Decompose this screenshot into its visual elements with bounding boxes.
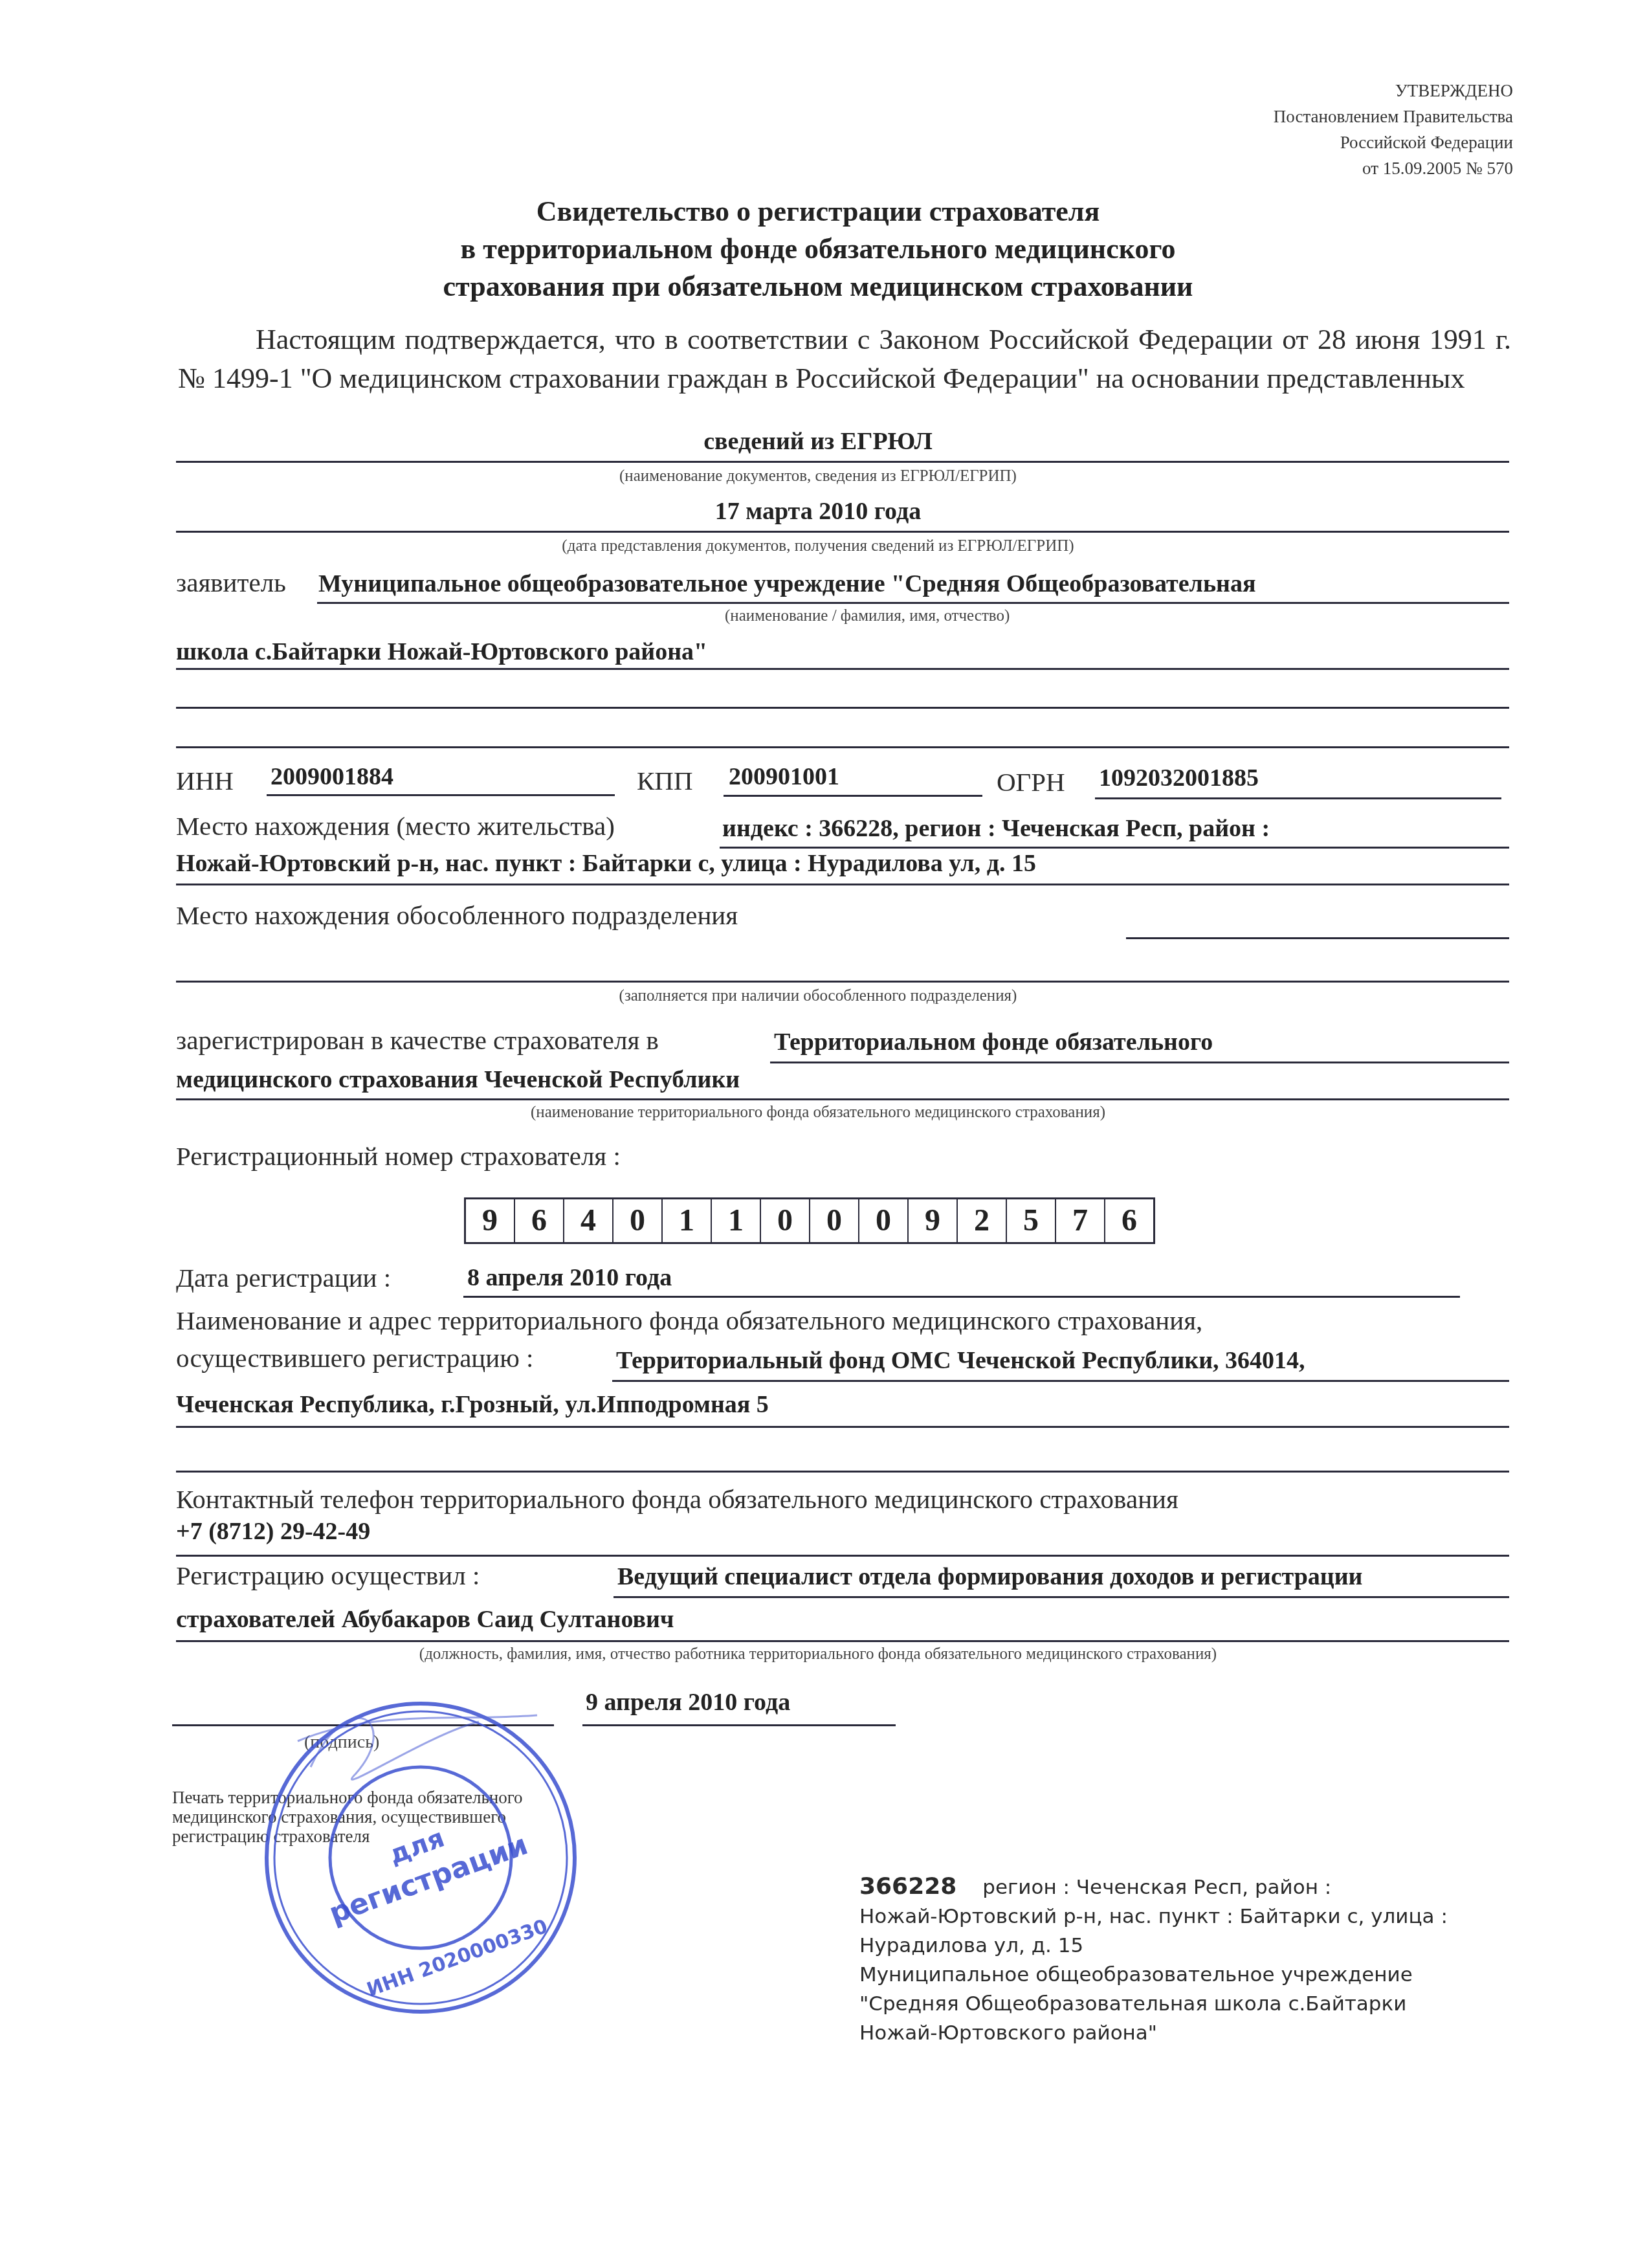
registrar-line2: страхователей Абубакаров Саид Султанович xyxy=(176,1605,674,1634)
reg-number-digit: 0 xyxy=(859,1199,909,1242)
stamp-text: ИНН 2020000330 xyxy=(364,1915,551,2002)
phone-label: Контактный телефон территориального фонд… xyxy=(176,1484,1178,1515)
reg-number-digit: 1 xyxy=(712,1199,761,1242)
sender-line: "Средняя Общеобразовательная школа с.Бай… xyxy=(859,1990,1448,2019)
branch-rule-2 xyxy=(176,981,1509,983)
applicant-line1: Муниципальное общеобразовательное учрежд… xyxy=(318,570,1255,598)
kpp-label: КПП xyxy=(637,765,693,796)
applicant-hint: (наименование / фамилия, имя, отчество) xyxy=(725,607,1010,625)
applicant-line1-rule xyxy=(317,602,1509,604)
location-label: Место нахождения (место жительства) xyxy=(176,810,615,841)
intro-text: Настоящим подтверждается, что в соответс… xyxy=(178,324,1511,394)
phone-value: +7 (8712) 29-42-49 xyxy=(176,1517,370,1546)
ogrn-rule xyxy=(1095,797,1501,799)
reg-number-digit: 9 xyxy=(909,1199,958,1242)
registered-in-label: зарегистрирован в качестве страхователя … xyxy=(176,1025,659,1056)
registered-in-line2-rule xyxy=(176,1098,1509,1100)
reg-number-digit: 9 xyxy=(466,1199,515,1242)
reg-number-digit: 6 xyxy=(515,1199,564,1242)
registrar-line1: Ведущий специалист отдела формирования д… xyxy=(617,1562,1362,1591)
sender-line: Ножай-Юртовского района" xyxy=(859,2019,1448,2048)
reg-number-digit: 2 xyxy=(958,1199,1007,1242)
registered-in-line2: медицинского страхования Чеченской Респу… xyxy=(176,1065,740,1094)
document-title: Свидетельство о регистрации страхователя… xyxy=(0,193,1636,306)
location-line2-rule xyxy=(176,884,1509,885)
registered-in-line1-rule xyxy=(770,1062,1509,1063)
approval-block: УТВЕРЖДЕНО Постановлением Правительства … xyxy=(1274,78,1513,181)
approval-line: Российской Федерации xyxy=(1274,129,1513,155)
inn-value: 2009001884 xyxy=(271,762,393,791)
registrar-line2-rule xyxy=(176,1640,1509,1642)
inn-rule xyxy=(267,794,615,796)
documents-line xyxy=(176,461,1509,463)
reg-number-digit: 1 xyxy=(663,1199,712,1242)
reg-number-digit: 7 xyxy=(1056,1199,1105,1242)
branch-rule xyxy=(1126,937,1509,939)
sender-line: регион : Чеченская Респ, район : xyxy=(982,1876,1331,1899)
title-line: в территориальном фонде обязательного ме… xyxy=(0,230,1636,268)
sender-address-block: 366228регион : Чеченская Респ, район : Н… xyxy=(859,1872,1448,2048)
approval-line: Постановлением Правительства xyxy=(1274,104,1513,129)
documents-date-hint: (дата представления документов, получени… xyxy=(0,537,1636,555)
intro-paragraph: Настоящим подтверждается, что в соответс… xyxy=(178,320,1511,398)
kpp-value: 200901001 xyxy=(729,762,839,791)
location-line1-rule xyxy=(720,847,1509,849)
reg-number-digit: 0 xyxy=(761,1199,810,1242)
fund-label-1: Наименование и адрес территориального фо… xyxy=(176,1305,1202,1336)
reg-number-digit: 4 xyxy=(564,1199,613,1242)
fund-label-2: осуществившего регистрацию : xyxy=(176,1342,533,1373)
reg-number-digit: 0 xyxy=(613,1199,663,1242)
registered-in-hint: (наименование территориального фонда обя… xyxy=(0,1104,1636,1122)
registrar-line1-rule xyxy=(613,1596,1509,1598)
fund-line2-rule xyxy=(176,1426,1509,1428)
registrar-label: Регистрацию осуществил : xyxy=(176,1560,480,1591)
title-line: страхования при обязательном медицинском… xyxy=(0,268,1636,306)
documents-date-line xyxy=(176,531,1509,533)
approval-line: от 15.09.2005 № 570 xyxy=(1274,155,1513,181)
reg-date-label: Дата регистрации : xyxy=(176,1262,391,1293)
sender-zip: 366228 xyxy=(859,1873,956,1900)
location-line1: индекс : 366228, регион : Чеченская Респ… xyxy=(722,814,1270,843)
title-line: Свидетельство о регистрации страхователя xyxy=(0,193,1636,230)
sender-line: Нурадилова ул, д. 15 xyxy=(859,1931,1448,1961)
registrar-hint: (должность, фамилия, имя, отчество работ… xyxy=(0,1645,1636,1663)
ogrn-label: ОГРН xyxy=(997,766,1065,797)
reg-number-grid: 96401100092576 xyxy=(464,1197,1155,1244)
signature-date-rule xyxy=(582,1724,896,1726)
official-stamp-icon: для регистрации ИНН 2020000330 xyxy=(259,1696,582,2019)
blank-rule xyxy=(176,1471,1509,1473)
branch-label: Место нахождения обособленного подраздел… xyxy=(176,900,738,931)
sender-line: Ножай-Юртовский р-н, нас. пункт : Байтар… xyxy=(859,1902,1448,1931)
reg-number-digit: 6 xyxy=(1105,1199,1153,1242)
reg-number-digit: 5 xyxy=(1007,1199,1056,1242)
location-line2: Ножай-Юртовский р-н, нас. пункт : Байтар… xyxy=(176,849,1036,878)
documents-date-value: 17 марта 2010 года xyxy=(0,497,1636,526)
applicant-line2-rule xyxy=(176,668,1509,670)
reg-number-digit: 0 xyxy=(810,1199,859,1242)
branch-hint: (заполняется при наличии обособленного п… xyxy=(0,987,1636,1005)
reg-date-value: 8 апреля 2010 года xyxy=(467,1263,672,1292)
fund-line1: Территориальный фонд ОМС Чеченской Респу… xyxy=(616,1346,1305,1375)
fund-line2: Чеченская Республика, г.Грозный, ул.Иппо… xyxy=(176,1390,769,1419)
reg-date-rule xyxy=(463,1296,1460,1298)
approval-line: УТВЕРЖДЕНО xyxy=(1274,78,1513,104)
documents-hint: (наименование документов, сведения из ЕГ… xyxy=(0,467,1636,485)
documents-value: сведений из ЕГРЮЛ xyxy=(0,427,1636,456)
applicant-label: заявитель xyxy=(176,567,286,598)
blank-rule xyxy=(176,707,1509,709)
sender-line: Муниципальное общеобразовательное учрежд… xyxy=(859,1961,1448,1990)
signature-date: 9 апреля 2010 года xyxy=(586,1688,790,1717)
fund-line1-rule xyxy=(612,1380,1509,1382)
blank-rule xyxy=(176,746,1509,748)
registered-in-line1: Территориальном фонде обязательного xyxy=(774,1028,1213,1056)
reg-number-label: Регистрационный номер страхователя : xyxy=(176,1140,621,1172)
ogrn-value: 1092032001885 xyxy=(1099,764,1259,792)
applicant-line2: школа с.Байтарки Ножай-Юртовского района… xyxy=(176,638,707,666)
inn-label: ИНН xyxy=(176,765,234,796)
kpp-rule xyxy=(724,795,982,797)
phone-rule xyxy=(176,1555,1509,1557)
